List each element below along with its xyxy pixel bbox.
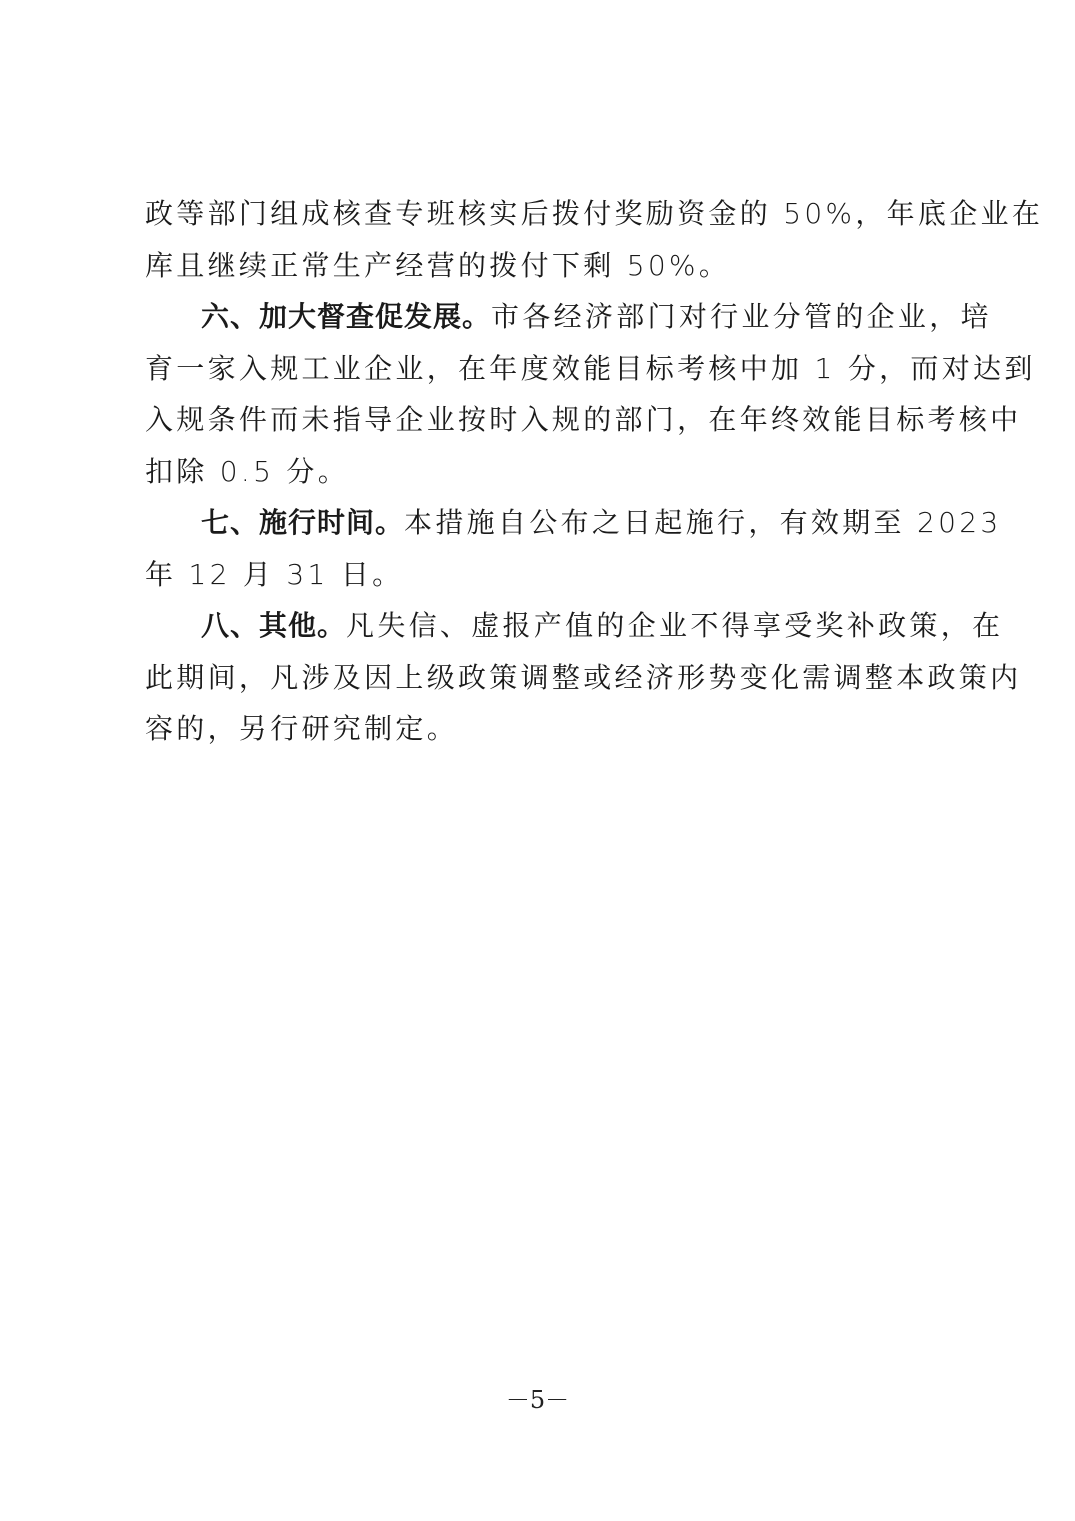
section-7-text: 本措施自公布之日起施行，有效期至 2023 xyxy=(404,506,1001,539)
section-6-heading: 六、加大督查促发展。 xyxy=(201,300,491,333)
text-line: 库且继续正常生产经营的拨付下剩 50%。 xyxy=(145,240,945,292)
section-7-heading: 七、施行时间。 xyxy=(201,506,404,539)
section-8-first-line: 八、其他。凡失信、虚报产值的企业不得享受奖补政策，在 xyxy=(145,600,945,652)
text-line: 入规条件而未指导企业按时入规的部门，在年终效能目标考核中 xyxy=(145,394,945,446)
text-line: 容的，另行研究制定。 xyxy=(145,703,945,755)
text-line: 扣除 0.5 分。 xyxy=(145,446,945,498)
section-8-heading: 八、其他。 xyxy=(201,609,346,642)
text-line: 政等部门组成核查专班核实后拨付奖励资金的 50%，年底企业在 xyxy=(145,188,945,240)
section-8-text: 凡失信、虚报产值的企业不得享受奖补政策，在 xyxy=(346,609,1003,642)
text-line: 育一家入规工业企业，在年度效能目标考核中加 1 分，而对达到 xyxy=(145,343,945,395)
section-6-text: 市各经济部门对行业分管的企业，培 xyxy=(491,300,992,333)
document-page: 政等部门组成核查专班核实后拨付奖励资金的 50%，年底企业在 库且继续正常生产经… xyxy=(0,0,1075,1521)
section-7-first-line: 七、施行时间。本措施自公布之日起施行，有效期至 2023 xyxy=(145,497,945,549)
page-number: －5－ xyxy=(0,1385,1075,1415)
text-line: 年 12 月 31 日。 xyxy=(145,549,945,601)
document-body: 政等部门组成核查专班核实后拨付奖励资金的 50%，年底企业在 库且继续正常生产经… xyxy=(145,188,945,755)
section-6-first-line: 六、加大督查促发展。市各经济部门对行业分管的企业，培 xyxy=(145,291,945,343)
text-line: 此期间，凡涉及因上级政策调整或经济形势变化需调整本政策内 xyxy=(145,652,945,704)
